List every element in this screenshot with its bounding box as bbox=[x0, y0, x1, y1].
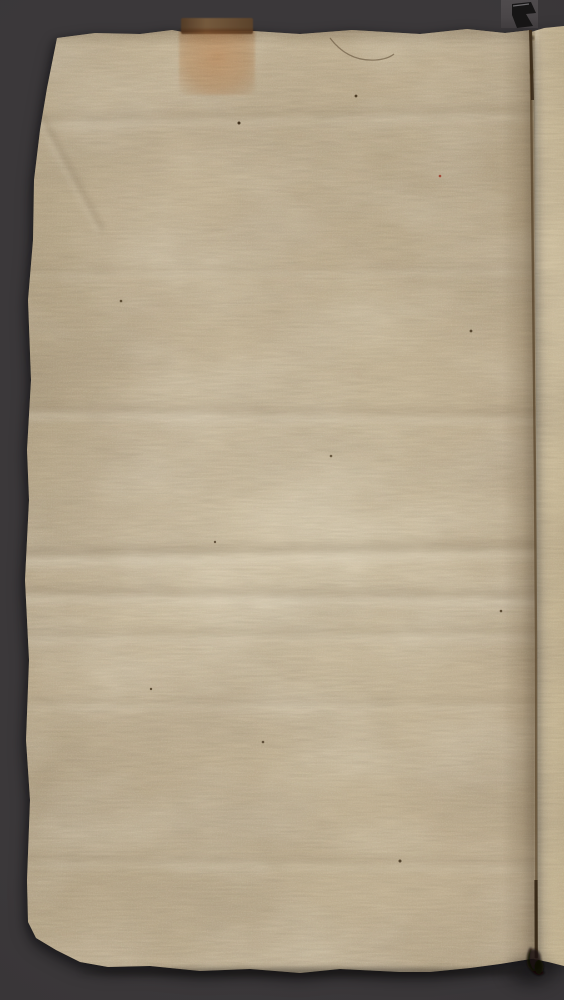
paper-texture bbox=[0, 0, 564, 1000]
page-bottom-shadow bbox=[80, 968, 540, 976]
paper-crease bbox=[0, 581, 564, 611]
page-leaf-wrap bbox=[0, 0, 564, 1000]
paper-crease bbox=[0, 399, 564, 429]
photo-canvas bbox=[0, 0, 564, 1000]
paper-crease bbox=[0, 623, 564, 648]
paper-crease bbox=[0, 101, 564, 133]
fiber-hair bbox=[0, 0, 564, 1000]
paper-crease bbox=[0, 534, 564, 572]
paper-crease bbox=[0, 850, 564, 877]
paper-crease bbox=[0, 694, 564, 714]
tape-stain bbox=[179, 29, 255, 95]
corner-crease bbox=[33, 112, 108, 234]
paper-specks bbox=[0, 0, 2, 2]
paper-crease bbox=[0, 260, 564, 282]
binding-tab-background bbox=[501, 0, 538, 28]
gutter-shading bbox=[503, 28, 537, 962]
page-leaf bbox=[0, 0, 564, 1000]
